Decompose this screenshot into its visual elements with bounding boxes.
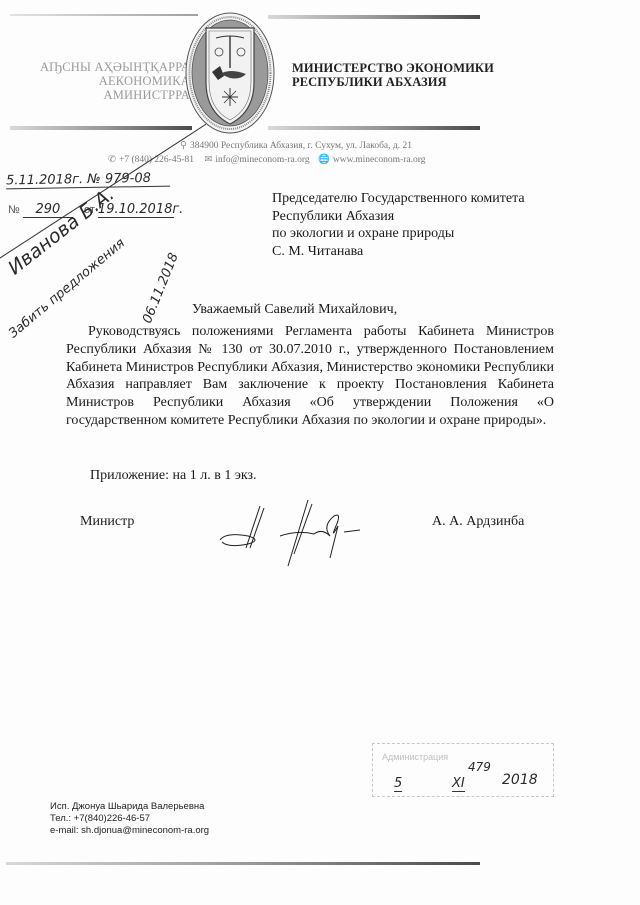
abkhaz-title-line-1: АҦСНЫ АҲӘЫНҬҚАРРА <box>18 60 190 74</box>
number-label: № <box>8 204 20 216</box>
coat-of-arms-emblem <box>184 10 276 136</box>
executor-name: Исп. Джонуа Шьарида Валерьевна <box>50 801 209 813</box>
abkhaz-title-line-2: АЕКОНОМИКА АМИНИСТРРА <box>18 74 190 102</box>
russian-title-line-2: РЕСПУБЛИКИ АБХАЗИЯ <box>292 75 494 89</box>
phone-icon: ✆ <box>108 155 116 165</box>
signatory-name: А. А. Ардзинба <box>432 514 524 530</box>
russian-title-line-1: МИНИСТЕРСТВО ЭКОНОМИКИ <box>292 61 494 75</box>
addressee-line-3: по экологии и охране природы <box>272 225 525 243</box>
addressee-block: Председателю Государственного комитета Р… <box>272 190 525 260</box>
handwritten-signature <box>218 496 368 568</box>
stamp-day: 5 <box>394 776 402 792</box>
email-link[interactable]: info@mineconom-ra.org <box>215 155 309 165</box>
letter-body: Руководствуясь положениями Регламента ра… <box>66 323 554 430</box>
attachment-note: Приложение: на 1 л. в 1 экз. <box>90 468 257 484</box>
addressee-line-1: Председателю Государственного комитета <box>272 190 525 208</box>
header-rule-top-right <box>268 15 480 19</box>
address-line: ⚲384900 Республика Абхазия, г. Сухум, ул… <box>180 140 412 151</box>
ministry-title-abkhaz: АҦСНЫ АҲӘЫНҬҚАРРА АЕКОНОМИКА АМИНИСТРРА <box>18 60 190 102</box>
website-link[interactable]: www.mineconom-ra.org <box>333 155 426 165</box>
executor-phone: Тел.: +7(840)226-46-57 <box>50 813 209 825</box>
stamp-year: 2018 <box>502 772 538 788</box>
executor-email[interactable]: e-mail: sh.djonua@mineconom-ra.org <box>50 825 209 837</box>
stamp-header: Администрация <box>382 752 448 762</box>
addressee-name: С. М. Читанава <box>272 243 525 261</box>
footer-rule <box>6 862 480 865</box>
header-rule-bottom-right <box>268 126 480 130</box>
executor-info: Исп. Джонуа Шьарида Валерьевна Тел.: +7(… <box>50 801 209 837</box>
header-rule-top-left <box>10 14 198 16</box>
header-rule-bottom-left <box>10 126 192 130</box>
stamp-month: XI <box>452 776 465 792</box>
email-icon: ✉ <box>204 155 212 165</box>
stamp-number: 479 <box>468 760 491 774</box>
salutation: Уважаемый Савелий Михайлович, <box>192 302 397 318</box>
globe-icon: 🌐 <box>318 155 330 165</box>
resolution-note-date: 06.11.2018 <box>140 251 182 326</box>
addressee-line-2: Республики Абхазия <box>272 208 525 226</box>
address-text: 384900 Республика Абхазия, г. Сухум, ул.… <box>190 141 412 151</box>
location-pin-icon: ⚲ <box>180 141 187 151</box>
incoming-registration: 5.11.2018г. № 979-08 <box>6 171 170 190</box>
ministry-title-russian: МИНИСТЕРСТВО ЭКОНОМИКИ РЕСПУБЛИКИ АБХАЗИ… <box>292 61 494 89</box>
signatory-role: Министр <box>80 514 134 530</box>
